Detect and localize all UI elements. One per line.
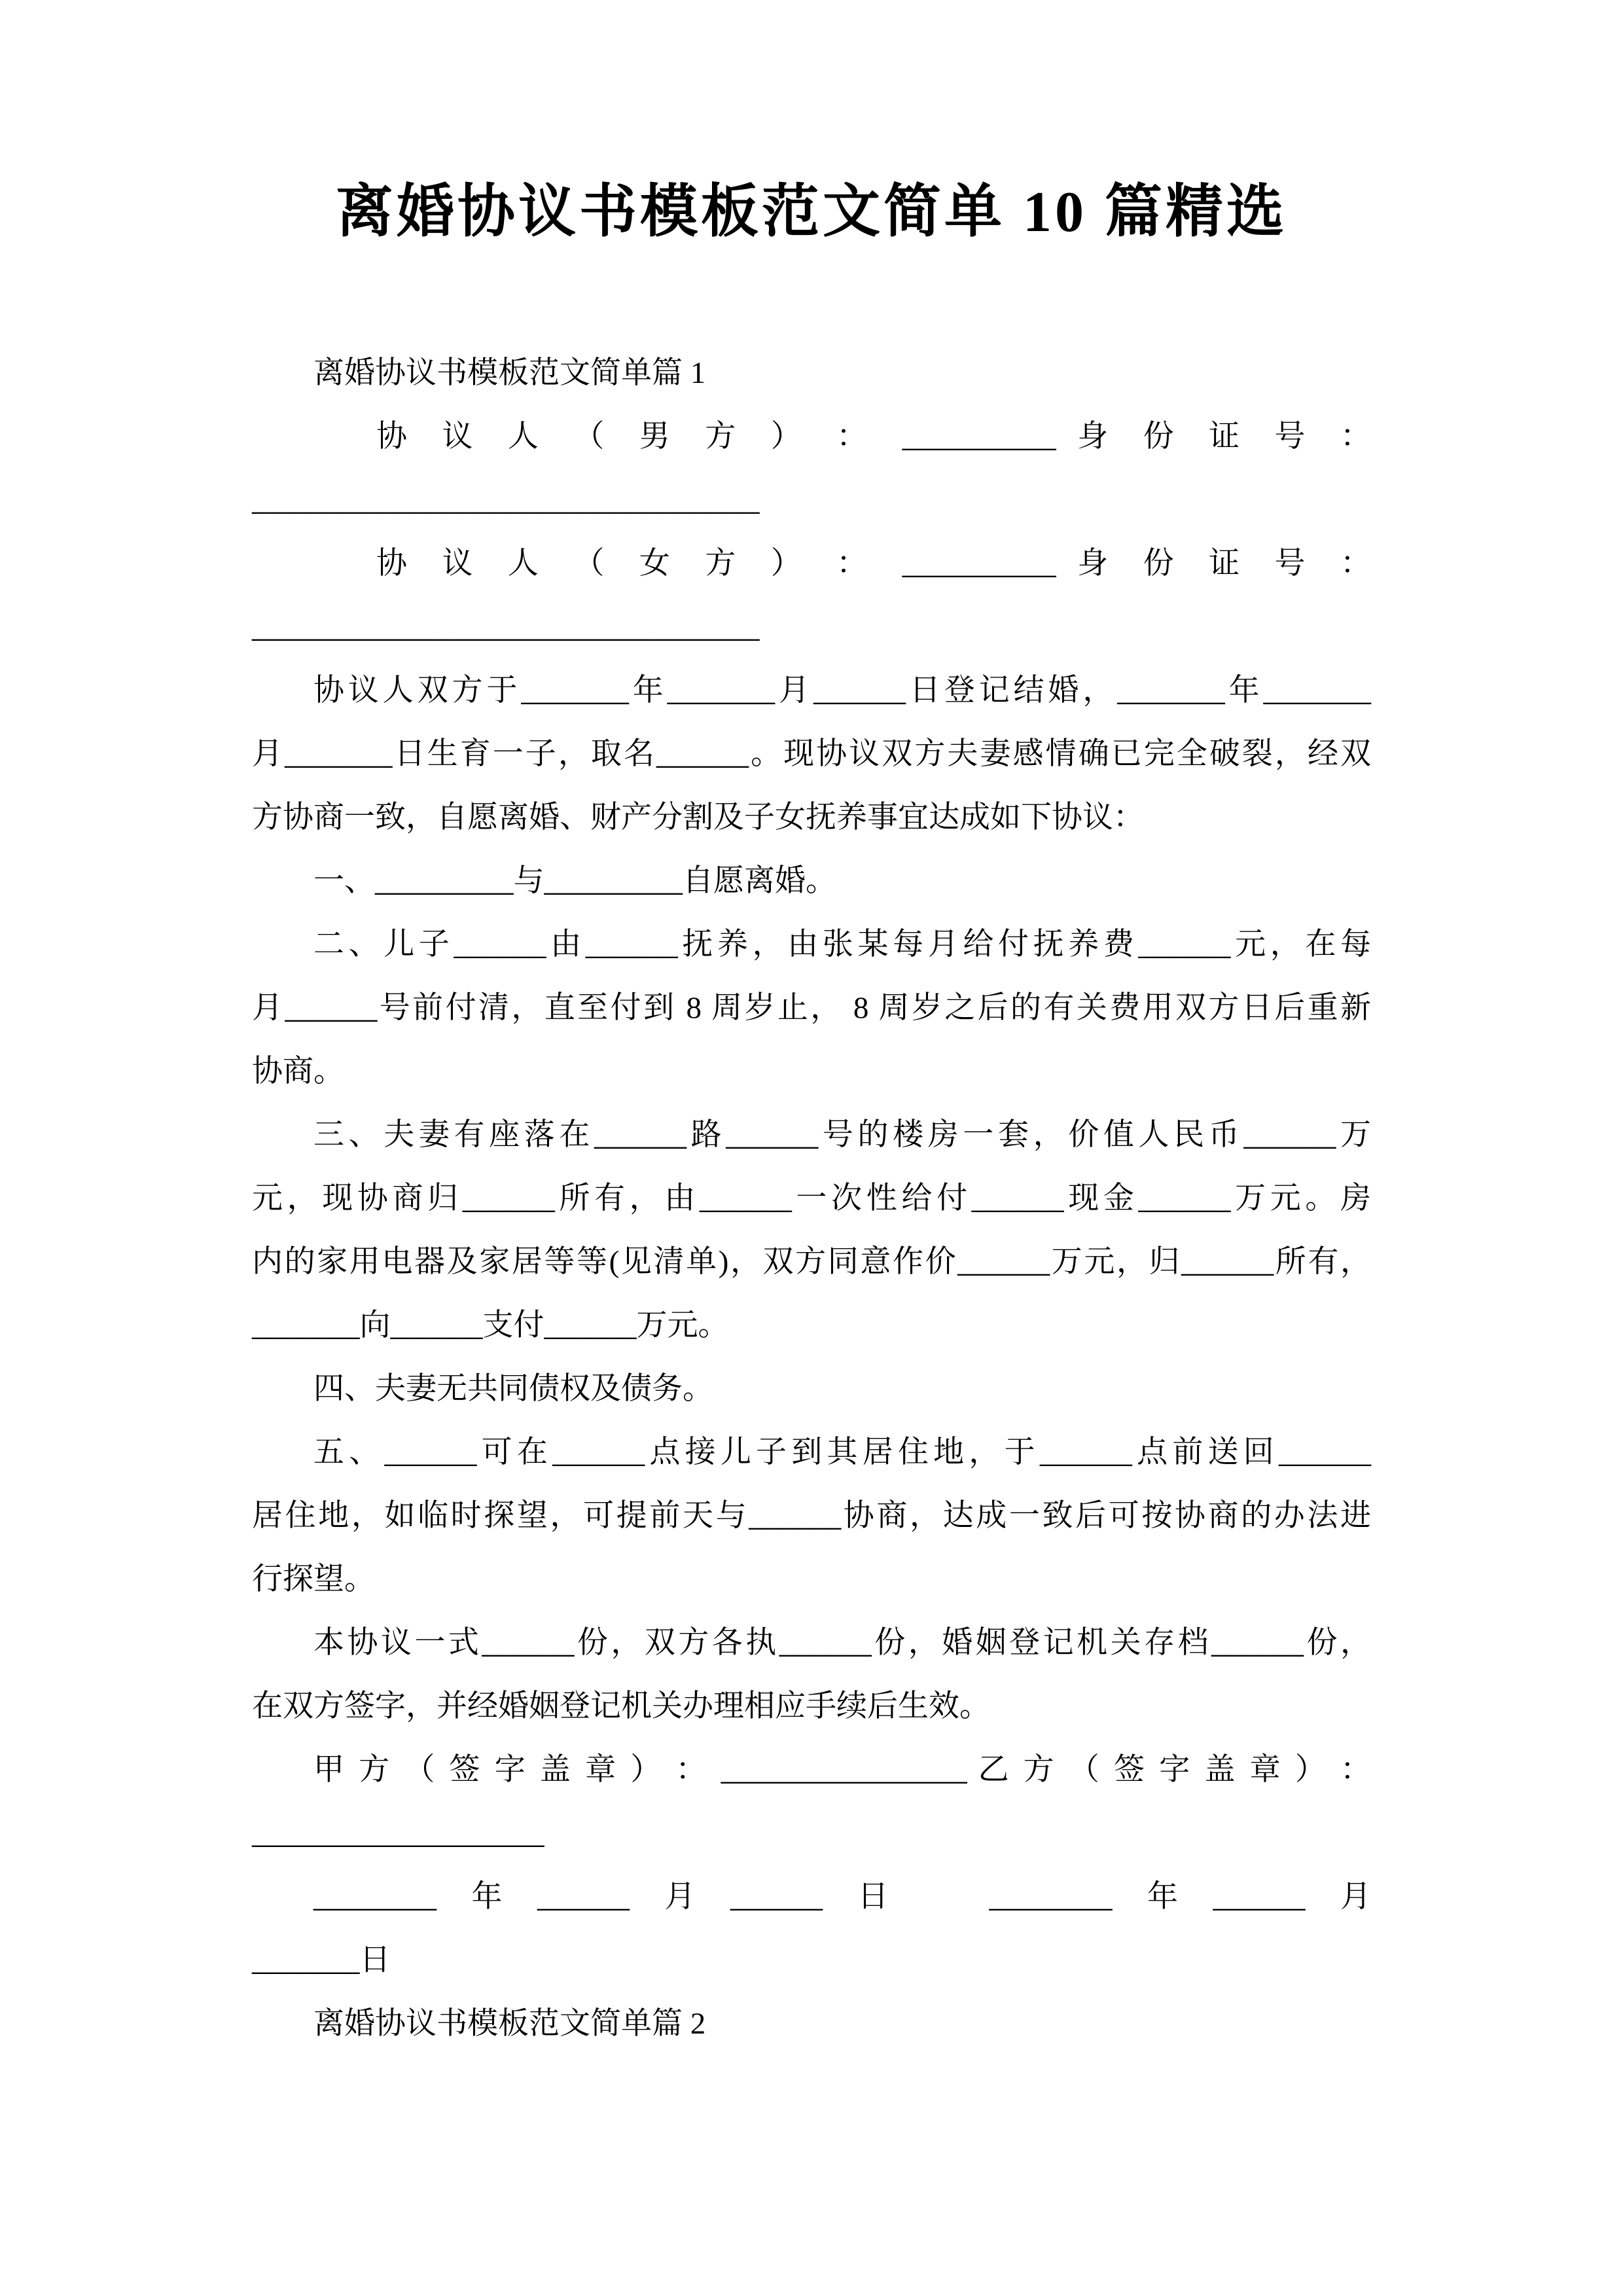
doc-line: 月_______日生育一子，取名______。现协议双方夫妻感情确已完全破裂，经… xyxy=(252,723,1371,786)
clause-4-line: 四、夫妻无共同债权及债务。 xyxy=(252,1357,1371,1421)
doc-line: 协议人双方于_______年_______月______日登记结婚，______… xyxy=(252,659,1371,723)
blank-line: _________________________________ xyxy=(252,596,1371,659)
clause-3-line: 三、夫妻有座落在______路______号的楼房一套，价值人民币______万 xyxy=(252,1103,1371,1167)
doc-line: 方协商一致，自愿离婚、财产分割及子女抚养事宜达成如下协议： xyxy=(252,786,1371,850)
doc-line: 元，现协商归______所有，由______一次性给付______现金_____… xyxy=(252,1167,1371,1230)
clause-5-line: 五、______可在______点接儿子到其居住地，于______点前送回___… xyxy=(252,1421,1371,1484)
clause-2-line: 二、儿子______由______抚养，由张某每月给付抚养费______元，在每 xyxy=(252,913,1371,977)
doc-line: 居住地，如临时探望，可提前天与______协商，达成一致后可按协商的办法进 xyxy=(252,1484,1371,1548)
blank-line: _________________________________ xyxy=(252,469,1371,532)
document-content: 离婚协议书模板范文简单 10 篇精选 离婚协议书模板范文简单篇 1 协 议 人 … xyxy=(252,0,1371,2056)
doc-line: 协商。 xyxy=(252,1040,1371,1103)
doc-line: 在双方签字，并经婚姻登记机关办理相应手续后生效。 xyxy=(252,1675,1371,1738)
document-page: 离婚协议书模板范文简单 10 篇精选 离婚协议书模板范文简单篇 1 协 议 人 … xyxy=(0,0,1623,2296)
signature-line: 甲 方 （ 签 字 盖 章 ） ： ________________ 乙 方 （… xyxy=(252,1738,1371,1802)
document-body: 离婚协议书模板范文简单篇 1 协 议 人 （ 男 方 ） ： _________… xyxy=(252,342,1371,2056)
doc-line: 月______号前付清，直至付到 8 周岁止， 8 周岁之后的有关费用双方日后重… xyxy=(252,977,1371,1040)
date-line: ________年______月______日 ________年______月 xyxy=(252,1865,1371,1929)
document-title: 离婚协议书模板范文简单 10 篇精选 xyxy=(252,175,1371,250)
section-heading-1: 离婚协议书模板范文简单篇 1 xyxy=(252,342,1371,405)
copies-line: 本协议一式______份，双方各执______份，婚姻登记机关存档______份… xyxy=(252,1611,1371,1675)
clause-1-line: 一、_________与_________自愿离婚。 xyxy=(252,850,1371,913)
doc-line: 内的家用电器及家居等等(见清单)，双方同意作价______万元，归______所… xyxy=(252,1230,1371,1294)
section-heading-2: 离婚协议书模板范文简单篇 2 xyxy=(252,1992,1371,2056)
doc-line: _______向______支付______万元。 xyxy=(252,1294,1371,1357)
blank-line: ___________________ xyxy=(252,1802,1371,1865)
date-line-continued: _______日 xyxy=(252,1929,1371,1992)
doc-line: 行探望。 xyxy=(252,1548,1371,1611)
party-female-line: 协 议 人 （ 女 方 ） ： __________ 身 份 证 号 ： xyxy=(252,532,1371,596)
party-male-line: 协 议 人 （ 男 方 ） ： __________ 身 份 证 号 ： xyxy=(252,405,1371,469)
